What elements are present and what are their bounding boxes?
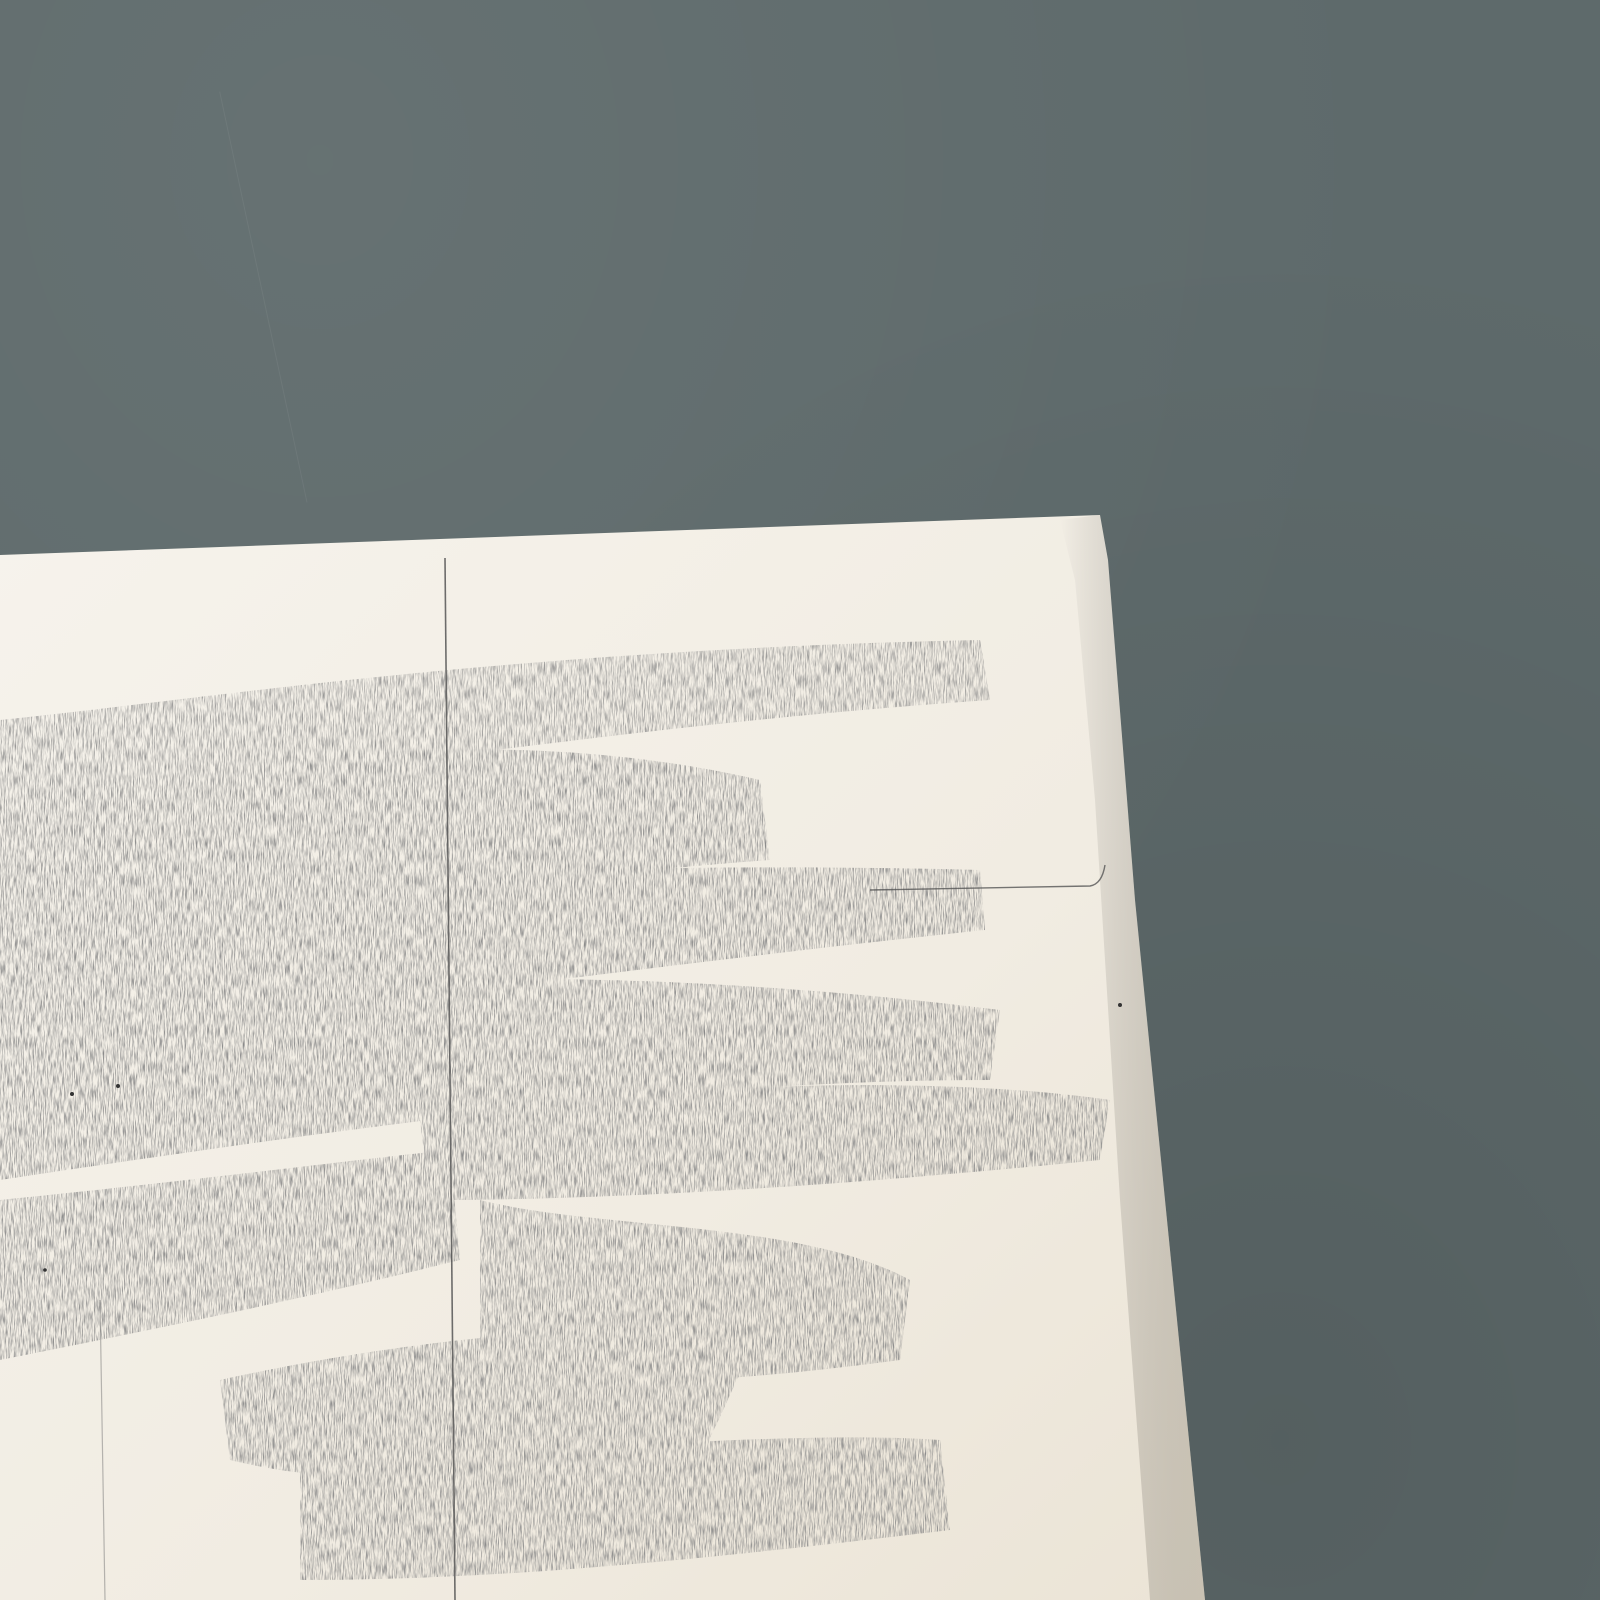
paper-sheet (0, 0, 1600, 1600)
